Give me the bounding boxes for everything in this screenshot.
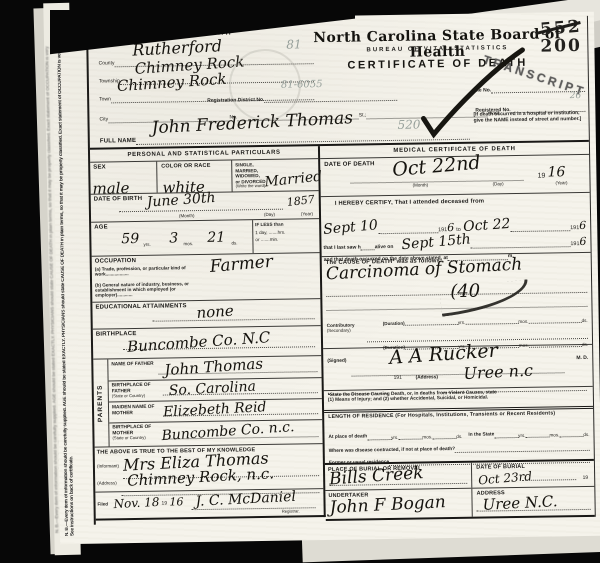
res-l5 <box>525 424 549 438</box>
mother-birthplace-value: Buncombe Co. n.c. <box>161 420 295 443</box>
occupation-b-label: (b) General nature of industry, business… <box>95 281 213 298</box>
scan-background: N. B.—Every item of information should b… <box>0 0 600 563</box>
contributory-label-block: Contributory (Secondary) <box>327 323 355 334</box>
certify-block: I HEREBY CERTIFY, That I attended deceas… <box>321 193 591 257</box>
cause-duration-l3 <box>528 309 581 324</box>
certificate-body: PERSONAL AND STATISTICAL PARTICULARS SEX… <box>90 140 595 525</box>
registration-district-row: Registration District No. 81-6055 <box>207 87 397 104</box>
sex-cell: SEX male <box>90 162 157 194</box>
age-ds-caption: ds. <box>231 241 237 246</box>
res-l6 <box>559 423 583 437</box>
registration-district-label: Registration District No. <box>207 97 264 104</box>
filed-label: Filed <box>98 502 109 507</box>
residence-title: LENGTH OF RESIDENCE (For Hospitals, Inst… <box>328 411 555 421</box>
parents-block: PARENTS NAME OF FATHER John Thomas BIRTH… <box>93 356 322 448</box>
dob-year-caption: (Year) <box>301 212 313 217</box>
sex-race-marital-row: SEX male COLOR OR RACE white SINGLE, MAR… <box>90 159 318 195</box>
dod-year-value: 16 <box>547 165 565 179</box>
registration-district-value-pencil: 81-6055 <box>281 80 323 91</box>
personal-column: PERSONAL AND STATISTICAL PARTICULARS SEX… <box>90 146 326 521</box>
race-cell: COLOR OR RACE white <box>157 160 232 192</box>
street-label: St.; <box>359 114 367 120</box>
cause-duration-row: (Duration) yrs. mos. ds. <box>383 309 588 326</box>
attended-from-year: 6 <box>447 222 454 233</box>
county-label: County <box>99 62 115 68</box>
father-birthplace-value: So. Carolina <box>168 380 256 398</box>
filed-date-value: Nov. 18 <box>113 496 160 510</box>
mother-birthplace-row: BIRTHPLACE OF MOTHER (State or Country) … <box>109 420 322 445</box>
age-days-value: 21 <box>207 231 225 245</box>
medical-column: MEDICAL CERTIFICATE OF DEATH DATE OF DEA… <box>320 142 595 521</box>
occupation-label: OCCUPATION <box>95 258 137 266</box>
cause-duration-mos: mos. <box>518 319 528 324</box>
if-less-line-3: or .......min. <box>255 236 317 242</box>
dod-day-caption: (Day) <box>493 182 504 187</box>
attended-line-1 <box>378 219 438 234</box>
burial-place-cell: PLACE OF BURIAL OR REMOVAL Bills Creek <box>325 463 473 490</box>
age-row: AGE 59 yrs. 3 mos. 21 ds. IF LESS than 1… <box>91 219 320 257</box>
attended-line-2 <box>510 217 570 232</box>
parents-tab: PARENTS <box>93 359 109 446</box>
dob-month-caption: (Month) <box>179 214 195 219</box>
occupation-row: OCCUPATION (a) Trade, profession, or par… <box>92 253 321 303</box>
signed-caption: (Signed) <box>327 359 346 365</box>
birthplace-value: Buncombe Co. N.C <box>127 330 271 355</box>
cause-duration-l1 <box>404 311 457 326</box>
contributory-label-2: (Secondary) <box>327 328 355 333</box>
full-name-label: FULL NAME <box>100 138 136 145</box>
town-label: Town <box>99 98 111 104</box>
informant-caption: (Informant) <box>97 464 119 469</box>
age-years-value: 59 <box>121 232 139 246</box>
margin-instructions: N. B.—Every item of information should b… <box>57 26 77 536</box>
if-less-line-2: 1 day, .......hrs. <box>255 229 317 235</box>
city-label: City <box>99 118 108 124</box>
undertaker-address-cell: ADDRESS Uree N.C. <box>473 487 595 517</box>
attended-191-b: 191 <box>570 225 579 231</box>
burial-place-value: Bills Creek <box>329 465 424 488</box>
occupation-a-label: (a) Trade, profession, or particular kin… <box>95 265 203 277</box>
signed-191: 191 <box>394 376 402 382</box>
education-row: EDUCATIONAL ATTAINMENTS none <box>92 299 320 330</box>
registered-no-value-pencil: 26 <box>570 92 582 101</box>
personal-title: PERSONAL AND STATISTICAL PARTICULARS <box>90 146 318 159</box>
filed-row: Filed Nov. 18 19 16 J. C. McDaniel Regis… <box>95 489 323 519</box>
date-of-death-row: DATE OF DEATH Oct 22nd (Month) (Day) 19 … <box>320 155 590 197</box>
mother-name-label: MAIDEN NAME OF MOTHER <box>112 405 162 417</box>
father-name-value: John Thomas <box>164 356 263 378</box>
cause-duration-caption: (Duration) <box>383 321 405 326</box>
filed-19: 19 <box>161 502 167 508</box>
if-less-line-1: IF LESS than <box>255 221 317 227</box>
res-l3 <box>432 425 456 439</box>
undertaker-row: UNDERTAKER John F Bogan ADDRESS Uree N.C… <box>325 487 594 519</box>
father-birthplace-caption: (State or Country) <box>112 394 145 399</box>
undertaker-cell: UNDERTAKER John F Bogan <box>325 489 473 519</box>
res-l1 <box>367 426 391 440</box>
sex-label: SEX <box>93 164 106 171</box>
cause-duration-l2 <box>465 310 518 325</box>
residence-block: LENGTH OF RESIDENCE (For Hospitals, Inst… <box>324 409 594 465</box>
age-label: AGE <box>94 224 108 231</box>
burial-date-line <box>522 466 576 481</box>
dob-year-value: 1857 <box>286 194 315 208</box>
birthplace-row: BIRTHPLACE Buncombe Co. N.C <box>93 326 321 360</box>
attended-from-value: Sept 10 <box>323 218 379 237</box>
cause-block: The CAUSE OF DEATH* was as follows: Carc… <box>322 253 592 349</box>
education-value: none <box>196 304 234 321</box>
dod-year-caption: (Year) <box>555 181 567 186</box>
checkmark-mark <box>416 45 529 141</box>
md-label: M. D. <box>576 355 588 361</box>
undertaker-address-value: Uree N.C. <box>482 494 558 513</box>
certify-line: I HEREBY CERTIFY, That I attended deceas… <box>335 199 485 208</box>
dod-month-caption: (Month) <box>413 183 429 188</box>
filed-year-value: 16 <box>169 496 183 507</box>
burial-date-cell: DATE OF BURIAL Oct 23rd 19 <box>472 461 594 488</box>
race-label: COLOR OR RACE <box>161 163 210 170</box>
dob-day-caption: (Day) <box>264 213 275 218</box>
mother-birthplace-caption: (State or Country) <box>112 436 145 441</box>
parents-rows: NAME OF FATHER John Thomas BIRTHPLACE OF… <box>108 356 322 446</box>
certificate-form: PLACE OF DEATH County Rutherford 81 Town… <box>86 16 596 525</box>
undertaker-value: John F Bogan <box>329 494 446 517</box>
file-number-block: 552 200 <box>540 18 582 57</box>
dod-label: DATE OF DEATH <box>324 161 374 169</box>
occupation-value: Farmer <box>209 254 273 276</box>
age-months-value: 3 <box>169 231 178 245</box>
date-of-birth-row: DATE OF BIRTH June 30th (Month) (Day) 18… <box>91 191 319 223</box>
res-l4 <box>494 424 518 438</box>
mother-name-value: Elizebeth Reid <box>163 400 267 419</box>
cause-duration-yrs: yrs. <box>458 320 465 325</box>
registrar-label: Registrar. <box>282 510 300 515</box>
marital-cell: SINGLE, MARRIED, WIDOWED, or DIVORCED (W… <box>232 159 318 191</box>
father-name-label: NAME OF FATHER <box>111 362 157 368</box>
death-certificate-page: N. B.—Every item of information should b… <box>52 12 600 544</box>
attended-191-a: 191 <box>438 227 447 233</box>
signed-block: (Signed) A A Rucker M. D. 191 (Address) … <box>323 345 593 391</box>
dod-19: 19 <box>538 173 546 181</box>
informant-row: THE ABOVE IS TRUE TO THE BEST OF MY KNOW… <box>95 444 324 493</box>
if-less-box: IF LESS than 1 day, .......hrs. or .....… <box>252 219 320 253</box>
parents-label: PARENTS <box>97 384 105 422</box>
full-name-row: FULL NAME John Frederick Thomas 520 <box>100 126 470 146</box>
attended-to-year: 6 <box>579 220 586 231</box>
informant-address-caption: (Address) <box>97 481 117 486</box>
physician-address-caption: (Address) <box>416 375 438 381</box>
cause-duration-ds: ds. <box>581 318 587 323</box>
county-number-pencil: 81 <box>286 38 301 50</box>
burial-19: 19 <box>583 475 589 481</box>
age-yrs-caption: yrs. <box>143 243 150 248</box>
res-l2 <box>398 426 422 440</box>
struck-number: 552 <box>539 17 582 40</box>
physician-address-value: Uree n.c <box>463 363 533 382</box>
age-mos-caption: mos. <box>183 242 193 247</box>
